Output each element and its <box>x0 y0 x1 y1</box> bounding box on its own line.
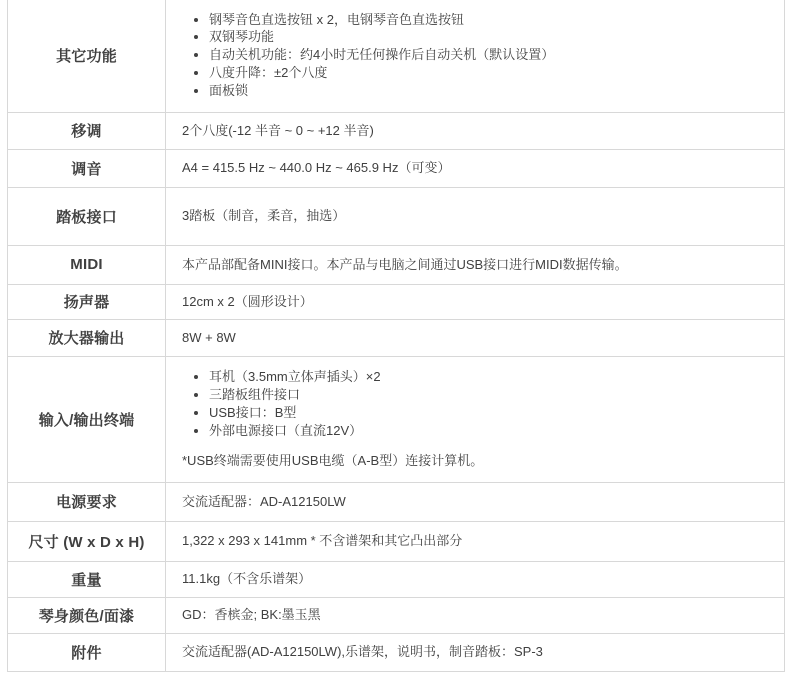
spec-label: 琴身颜色/面漆 <box>8 597 166 633</box>
spec-value: 3踏板（制音，柔音，抽选） <box>166 187 785 245</box>
spec-label: 踏板接口 <box>8 187 166 245</box>
spec-value: 本产品部配备MINI接口。本产品与电脑之间通过USB接口进行MIDI数据传输。 <box>166 245 785 284</box>
spec-value: 2个八度(-12 半音 ~ 0 ~ +12 半音) <box>166 112 785 149</box>
table-row-power: 电源要求 交流适配器：AD-A12150LW <box>8 482 785 521</box>
table-row-tuning: 调音 A4 = 415.5 Hz ~ 440.0 Hz ~ 465.9 Hz（可… <box>8 149 785 187</box>
spec-label: 移调 <box>8 112 166 149</box>
table-row-transpose: 移调 2个八度(-12 半音 ~ 0 ~ +12 半音) <box>8 112 785 149</box>
usb-note: *USB终端需要使用USB电缆（A-B型）连接计算机。 <box>182 453 772 470</box>
spec-value: 交流适配器(AD-A12150LW),乐谱架，说明书，制音踏板：SP-3 <box>166 633 785 671</box>
spec-label: 扬声器 <box>8 284 166 319</box>
spec-label: 放大器输出 <box>8 319 166 356</box>
spec-label: 电源要求 <box>8 482 166 521</box>
spec-value: 1,322 x 293 x 141mm * 不含谱架和其它凸出部分 <box>166 521 785 561</box>
bullet-list: 耳机（3.5mm立体声插头）×2 三踏板组件接口 USB接口：B型 外部电源接口… <box>182 369 772 440</box>
table-row-other-functions: 其它功能 钢琴音色直选按钮 x 2，电钢琴音色直选按钮 双钢琴功能 自动关机功能… <box>8 0 785 112</box>
spec-label: 尺寸 (W x D x H) <box>8 521 166 561</box>
table-row-accessories: 附件 交流适配器(AD-A12150LW),乐谱架，说明书，制音踏板：SP-3 <box>8 633 785 671</box>
spec-bullet-item: 钢琴音色直选按钮 x 2，电钢琴音色直选按钮 <box>209 12 772 29</box>
table-row-weight: 重量 11.1kg（不含乐谱架） <box>8 561 785 597</box>
spec-bullet-item: 耳机（3.5mm立体声插头）×2 <box>209 369 772 386</box>
spec-bullet-item: 双钢琴功能 <box>209 29 772 46</box>
spec-label: 重量 <box>8 561 166 597</box>
table-row-pedal-jack: 踏板接口 3踏板（制音，柔音，抽选） <box>8 187 785 245</box>
spec-value: A4 = 415.5 Hz ~ 440.0 Hz ~ 465.9 Hz（可变） <box>166 149 785 187</box>
spec-bullet-item: 自动关机功能：约4小时无任何操作后自动关机（默认设置） <box>209 47 772 64</box>
spec-value: GD：香槟金; BK:墨玉黑 <box>166 597 785 633</box>
spec-value: 11.1kg（不含乐谱架） <box>166 561 785 597</box>
table-row-body-color: 琴身颜色/面漆 GD：香槟金; BK:墨玉黑 <box>8 597 785 633</box>
spec-bullet-item: 三踏板组件接口 <box>209 387 772 404</box>
spec-value: 耳机（3.5mm立体声插头）×2 三踏板组件接口 USB接口：B型 外部电源接口… <box>166 356 785 482</box>
spec-bullet-item: 八度升降：±2个八度 <box>209 65 772 82</box>
spec-label: 调音 <box>8 149 166 187</box>
table-row-amp-output: 放大器输出 8W + 8W <box>8 319 785 356</box>
table-row-speakers: 扬声器 12cm x 2（圆形设计） <box>8 284 785 319</box>
spec-bullet-item: 面板锁 <box>209 83 772 100</box>
spec-label: 附件 <box>8 633 166 671</box>
spec-label: 输入/输出终端 <box>8 356 166 482</box>
spec-value: 12cm x 2（圆形设计） <box>166 284 785 319</box>
spec-table: 其它功能 钢琴音色直选按钮 x 2，电钢琴音色直选按钮 双钢琴功能 自动关机功能… <box>7 0 785 672</box>
table-row-io-terminals: 输入/输出终端 耳机（3.5mm立体声插头）×2 三踏板组件接口 USB接口：B… <box>8 356 785 482</box>
spec-value: 钢琴音色直选按钮 x 2，电钢琴音色直选按钮 双钢琴功能 自动关机功能：约4小时… <box>166 0 785 112</box>
table-row-midi: MIDI 本产品部配备MINI接口。本产品与电脑之间通过USB接口进行MIDI数… <box>8 245 785 284</box>
table-row-dimensions: 尺寸 (W x D x H) 1,322 x 293 x 141mm * 不含谱… <box>8 521 785 561</box>
spec-bullet-item: USB接口：B型 <box>209 405 772 422</box>
spec-value: 8W + 8W <box>166 319 785 356</box>
bullet-list: 钢琴音色直选按钮 x 2，电钢琴音色直选按钮 双钢琴功能 自动关机功能：约4小时… <box>182 12 772 100</box>
spec-value: 交流适配器：AD-A12150LW <box>166 482 785 521</box>
spec-label: MIDI <box>8 245 166 284</box>
spec-bullet-item: 外部电源接口（直流12V） <box>209 423 772 440</box>
spec-page: 其它功能 钢琴音色直选按钮 x 2，电钢琴音色直选按钮 双钢琴功能 自动关机功能… <box>0 0 790 688</box>
spec-label: 其它功能 <box>8 0 166 112</box>
